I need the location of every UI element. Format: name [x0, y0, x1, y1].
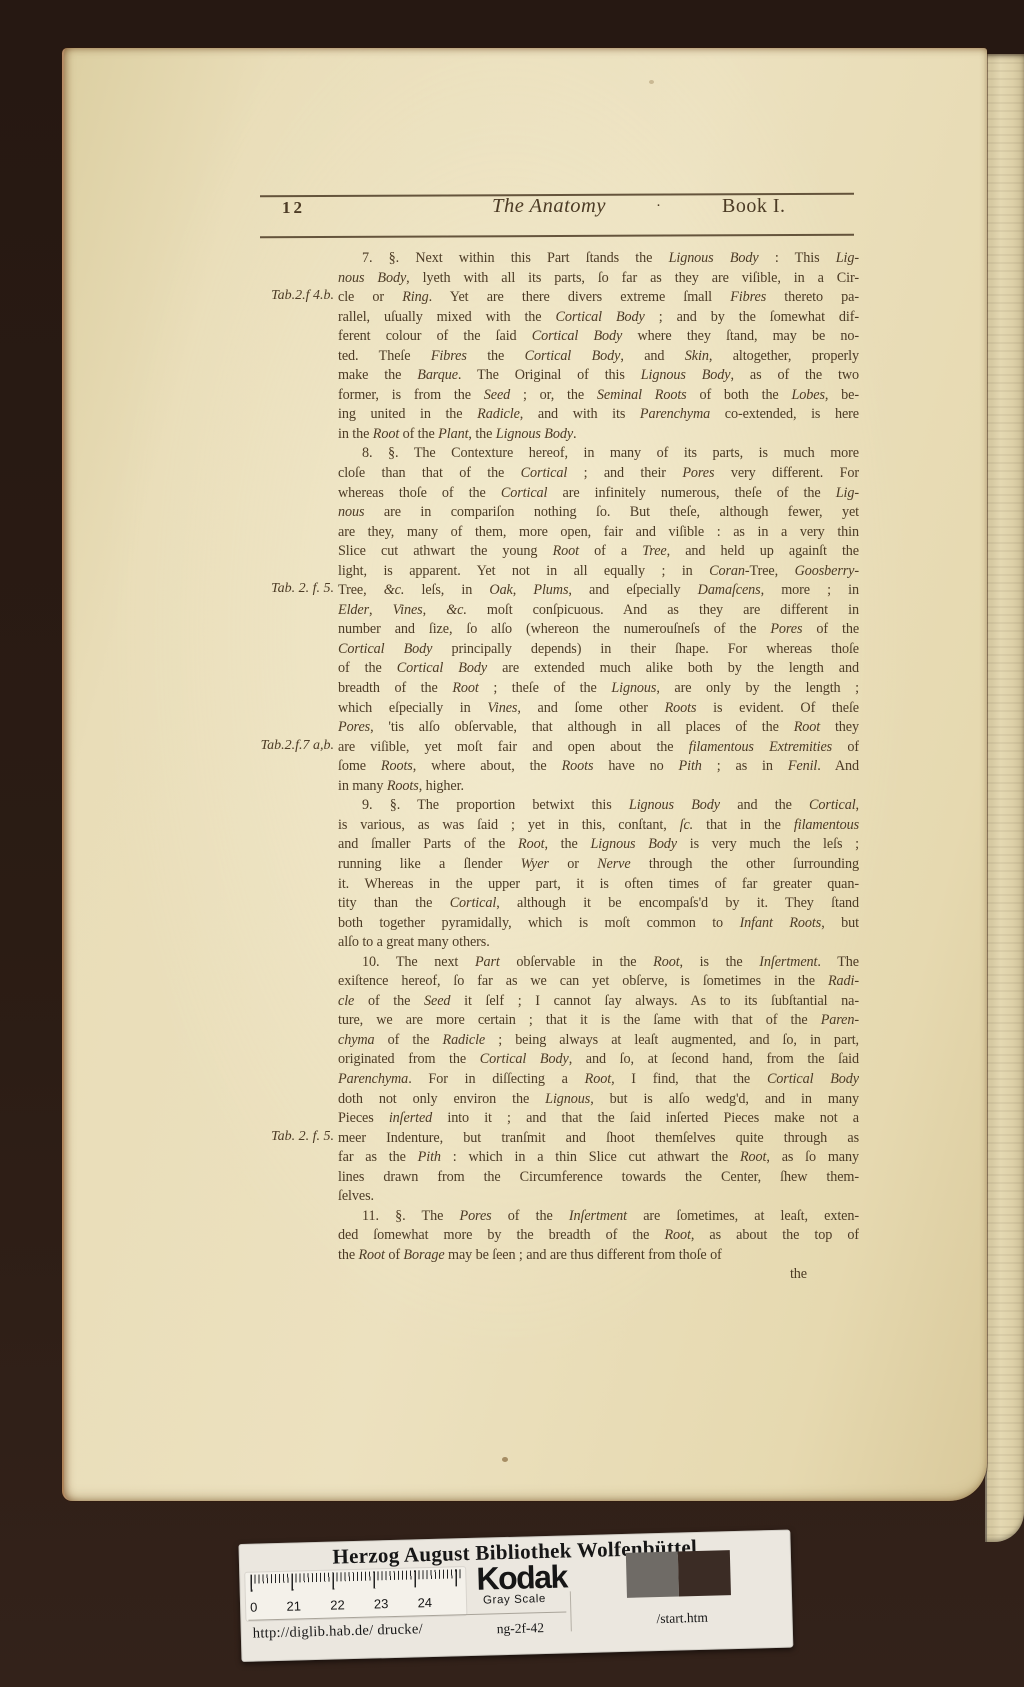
shelfmark-code: ng-2f-42 — [497, 1620, 545, 1637]
text-line: of the Cortical Body are extended much a… — [338, 659, 859, 679]
text-line: ſome Roots, where about, the Roots have … — [338, 757, 859, 777]
ruler-number: 21 — [286, 1598, 301, 1613]
text-line: in the Root of the Plant, the Lignous Bo… — [338, 425, 859, 445]
text-line: Pieces inſerted into it ; and that the ſ… — [338, 1109, 859, 1129]
text-line: are viſible, yet moſt fair and open abou… — [338, 738, 859, 758]
running-title: The Anatomy — [419, 195, 679, 218]
text-line: 7. §. Next within this Part ſtands the L… — [338, 249, 859, 269]
book-page: 12 The Anatomy · Book I. Tab.2.f 4.b. Ta… — [62, 48, 987, 1501]
text-line: 11. §. The Pores of the Inſertment are ſ… — [338, 1207, 859, 1227]
measuring-ruler: 0 21 22 23 24 — [245, 1567, 466, 1621]
margin-note: Tab.2.f.7 a,b. — [172, 738, 334, 754]
banner-vertical-divider — [570, 1591, 572, 1631]
text-line: ded ſomewhat more by the breadth of the … — [338, 1226, 859, 1246]
text-line: make the Barque. The Original of this Li… — [338, 366, 859, 386]
ruler-numbers: 0 21 22 23 24 — [250, 1595, 432, 1615]
page-number: 12 — [282, 198, 305, 218]
start-page-label: /start.htm — [656, 1610, 708, 1627]
text-line: ing united in the Radicle, and with its … — [338, 405, 859, 425]
kodak-gray-scale-label: Kodak Gray Scale — [476, 1561, 567, 1606]
text-line: which eſpecially in Vines, and ſome othe… — [338, 699, 859, 719]
text-line: both together pyramidally, which is moſt… — [338, 914, 859, 934]
text-line: Elder, Vines, &c. moſt conſpicuous. And … — [338, 601, 859, 621]
text-line: Cortical Body principally depends) in th… — [338, 640, 859, 660]
text-line: chyma of the Radicle ; being always at l… — [338, 1031, 859, 1051]
margin-note: Tab. 2. f. 5. — [172, 1129, 334, 1145]
text-line: running like a ſlender Wyer or Nerve thr… — [338, 855, 859, 875]
text-line: nous Body, lyeth with all its parts, ſo … — [338, 269, 859, 289]
text-line: former, is from the Seed ; or, the Semin… — [338, 386, 859, 406]
text-line: 8. §. The Contexture hereof, in many of … — [338, 444, 859, 464]
text-line: lines drawn from the Circumference towar… — [338, 1168, 859, 1188]
text-line: cle or Ring. Yet are there divers extrem… — [338, 288, 859, 308]
text-line: breadth of the Root ; theſe of the Ligno… — [338, 679, 859, 699]
ruler-number: 0 — [250, 1600, 258, 1615]
book-title: Book I. — [722, 195, 802, 218]
text-line: light, is apparent. Yet not in all equal… — [338, 562, 859, 582]
header-rule-bottom — [260, 234, 854, 239]
digitization-url: http://diglib.hab.de/ drucke/ — [253, 1621, 424, 1642]
scan-viewport: 12 The Anatomy · Book I. Tab.2.f 4.b. Ta… — [0, 0, 1024, 1687]
margin-note: Tab.2.f 4.b. — [172, 288, 334, 304]
header-separator-dot: · — [656, 198, 661, 215]
text-line: is various, as was ſaid ; yet in this, c… — [338, 816, 859, 836]
text-line: far as the Pith : which in a thin Slice … — [338, 1148, 859, 1168]
text-line: it. Whereas in the upper part, it is oft… — [338, 875, 859, 895]
text-line: 9. §. The proportion betwixt this Lignou… — [338, 796, 859, 816]
kodak-brand: Kodak — [476, 1561, 567, 1593]
ruler-ticks — [250, 1569, 461, 1592]
text-line: cloſe than that of the Cortical ; and th… — [338, 464, 859, 484]
margin-note: Tab. 2. f. 5. — [172, 581, 334, 597]
gray-scale-patches — [626, 1550, 731, 1598]
text-line: and ſmaller Parts of the Root, the Ligno… — [338, 835, 859, 855]
gray-patch — [626, 1552, 679, 1598]
text-line: tity than the Cortical, although it be e… — [338, 894, 859, 914]
page-blemish — [502, 1457, 508, 1462]
text-line: rallel, uſually mixed with the Cortical … — [338, 308, 859, 328]
ruler-number: 22 — [330, 1597, 345, 1612]
text-line: exiſtence hereof, ſo far as we can yet o… — [338, 972, 859, 992]
library-banner: Herzog August Bibliothek Wolfenbüttel 0 … — [238, 1530, 793, 1662]
text-block: 7. §. Next within this Part ſtands the L… — [338, 249, 859, 1285]
ruler-number: 24 — [417, 1595, 432, 1610]
ruler-number: 23 — [374, 1596, 389, 1611]
text-line: meer Indenture, but tranſmit and ſhoot t… — [338, 1129, 859, 1149]
text-line: ſelves. — [338, 1187, 859, 1207]
book-fore-edge — [985, 54, 1024, 1542]
text-line: the Root of Borage may be ſeen ; and are… — [338, 1246, 859, 1266]
text-line: 10. The next Part obſervable in the Root… — [338, 953, 859, 973]
text-line: in many Roots, higher. — [338, 777, 859, 797]
text-line: number and ſize, ſo alſo (whereon the nu… — [338, 620, 859, 640]
text-line: ture, we are more certain ; that it is t… — [338, 1011, 859, 1031]
text-line: Parenchyma. For in diſſecting a Root, I … — [338, 1070, 859, 1090]
text-line: Tree, &c. leſs, in Oak, Plums, and eſpec… — [338, 581, 859, 601]
text-line: ferent colour of the ſaid Cortical Body … — [338, 327, 859, 347]
dark-patch — [678, 1550, 731, 1596]
text-line: nous are in compariſon nothing ſo. But t… — [338, 503, 859, 523]
text-line: Slice cut athwart the young Root of a Tr… — [338, 542, 859, 562]
text-line: cle of the Seed it ſelf ; I cannot ſay a… — [338, 992, 859, 1012]
page-blemish — [649, 80, 654, 84]
text-line: doth not only environ the Lignous, but i… — [338, 1090, 859, 1110]
text-line: ted. Theſe Fibres the Cortical Body, and… — [338, 347, 859, 367]
text-line: Pores, 'tis alſo obſervable, that althou… — [338, 718, 859, 738]
text-line: alſo to a great many others. — [338, 933, 859, 953]
text-line: originated from the Cortical Body, and ſ… — [338, 1050, 859, 1070]
catchword: the — [338, 1265, 859, 1285]
text-line: are they, many of them, more open, fair … — [338, 523, 859, 543]
text-line: whereas thoſe of the Cortical are infini… — [338, 484, 859, 504]
